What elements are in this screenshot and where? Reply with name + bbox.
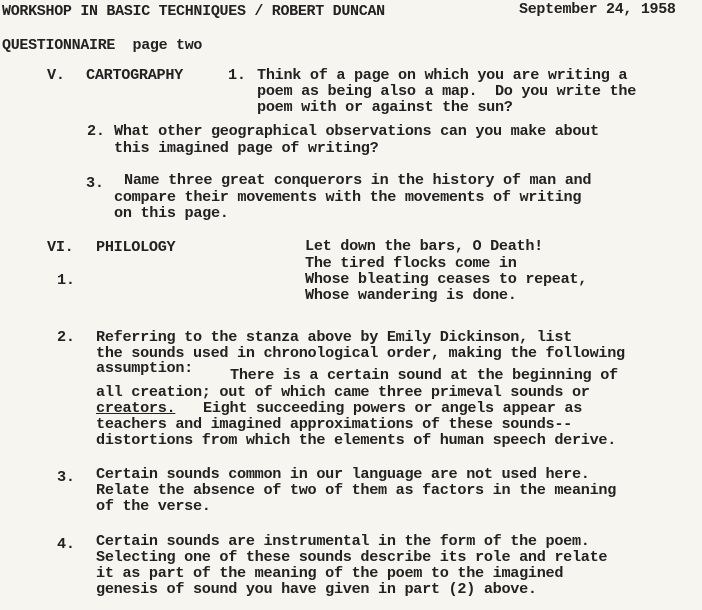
v-q3-number: 3.	[86, 176, 104, 191]
vi-q3-line: of the verse.	[96, 499, 211, 514]
v-q2-line: What other geographical observations can…	[114, 124, 599, 139]
vi-q3-line: Relate the absence of two of them as fac…	[96, 483, 616, 498]
section-v-title: CARTOGRAPHY	[86, 68, 183, 83]
typewritten-page: WORKSHOP IN BASIC TECHNIQUES / ROBERT DU…	[0, 0, 702, 610]
v-q3-line: compare their movements with the movemen…	[114, 190, 581, 205]
vi-q2-line: Referring to the stanza above by Emily D…	[96, 330, 572, 345]
stanza-line: Whose wandering is done.	[305, 288, 517, 303]
vi-q3-number: 3.	[57, 470, 75, 485]
vi-q2-number: 2.	[57, 330, 75, 345]
vi-q2-line: teachers and imagined approximations of …	[96, 417, 572, 432]
document-date: September 24, 1958	[519, 2, 676, 17]
v-q1-number: 1.	[228, 68, 246, 83]
course-title: WORKSHOP IN BASIC TECHNIQUES / ROBERT DU…	[2, 4, 385, 19]
section-vi-numeral: VI.	[47, 240, 73, 255]
section-vi-title: PHILOLOGY	[96, 240, 175, 255]
v-q1-line: poem as being also a map. Do you write t…	[257, 84, 636, 99]
stanza-line: Let down the bars, O Death!	[305, 239, 543, 254]
vi-q1-number: 1.	[57, 273, 75, 288]
stanza-line: Whose bleating ceases to repeat,	[305, 272, 587, 287]
vi-q4-line: Certain sounds are instrumental in the f…	[96, 534, 590, 549]
v-q3-line: on this page.	[114, 206, 229, 221]
vi-q4-line: genesis of sound you have given in part …	[96, 582, 537, 597]
vi-q4-line: Selecting one of these sounds describe i…	[96, 550, 607, 565]
vi-q2-line: There is a certain sound at the beginnin…	[230, 368, 618, 383]
v-q1-line: Think of a page on which you are writing…	[257, 68, 627, 83]
v-q2-number: 2.	[87, 124, 105, 139]
vi-q2-line: assumption:	[96, 361, 193, 376]
vi-q3-line: Certain sounds common in our language ar…	[96, 467, 590, 482]
v-q3-line: Name three great conquerors in the histo…	[124, 173, 591, 188]
vi-q2-underlined-word: creators.	[96, 401, 175, 416]
section-v-numeral: V.	[47, 68, 65, 83]
vi-q4-line: it as part of the meaning of the poem to…	[96, 566, 563, 581]
vi-q2-line: all creation; out of which came three pr…	[96, 385, 590, 400]
vi-q2-line: distortions from which the elements of h…	[96, 433, 616, 448]
questionnaire-subtitle: QUESTIONNAIRE page two	[2, 38, 202, 53]
stanza-line: The tired flocks come in	[305, 256, 517, 271]
v-q1-line: poem with or against the sun?	[257, 100, 513, 115]
vi-q2-line: Eight succeeding powers or angels appear…	[203, 401, 582, 416]
vi-q4-number: 4.	[57, 537, 75, 552]
v-q2-line: this imagined page of writing?	[114, 141, 378, 156]
